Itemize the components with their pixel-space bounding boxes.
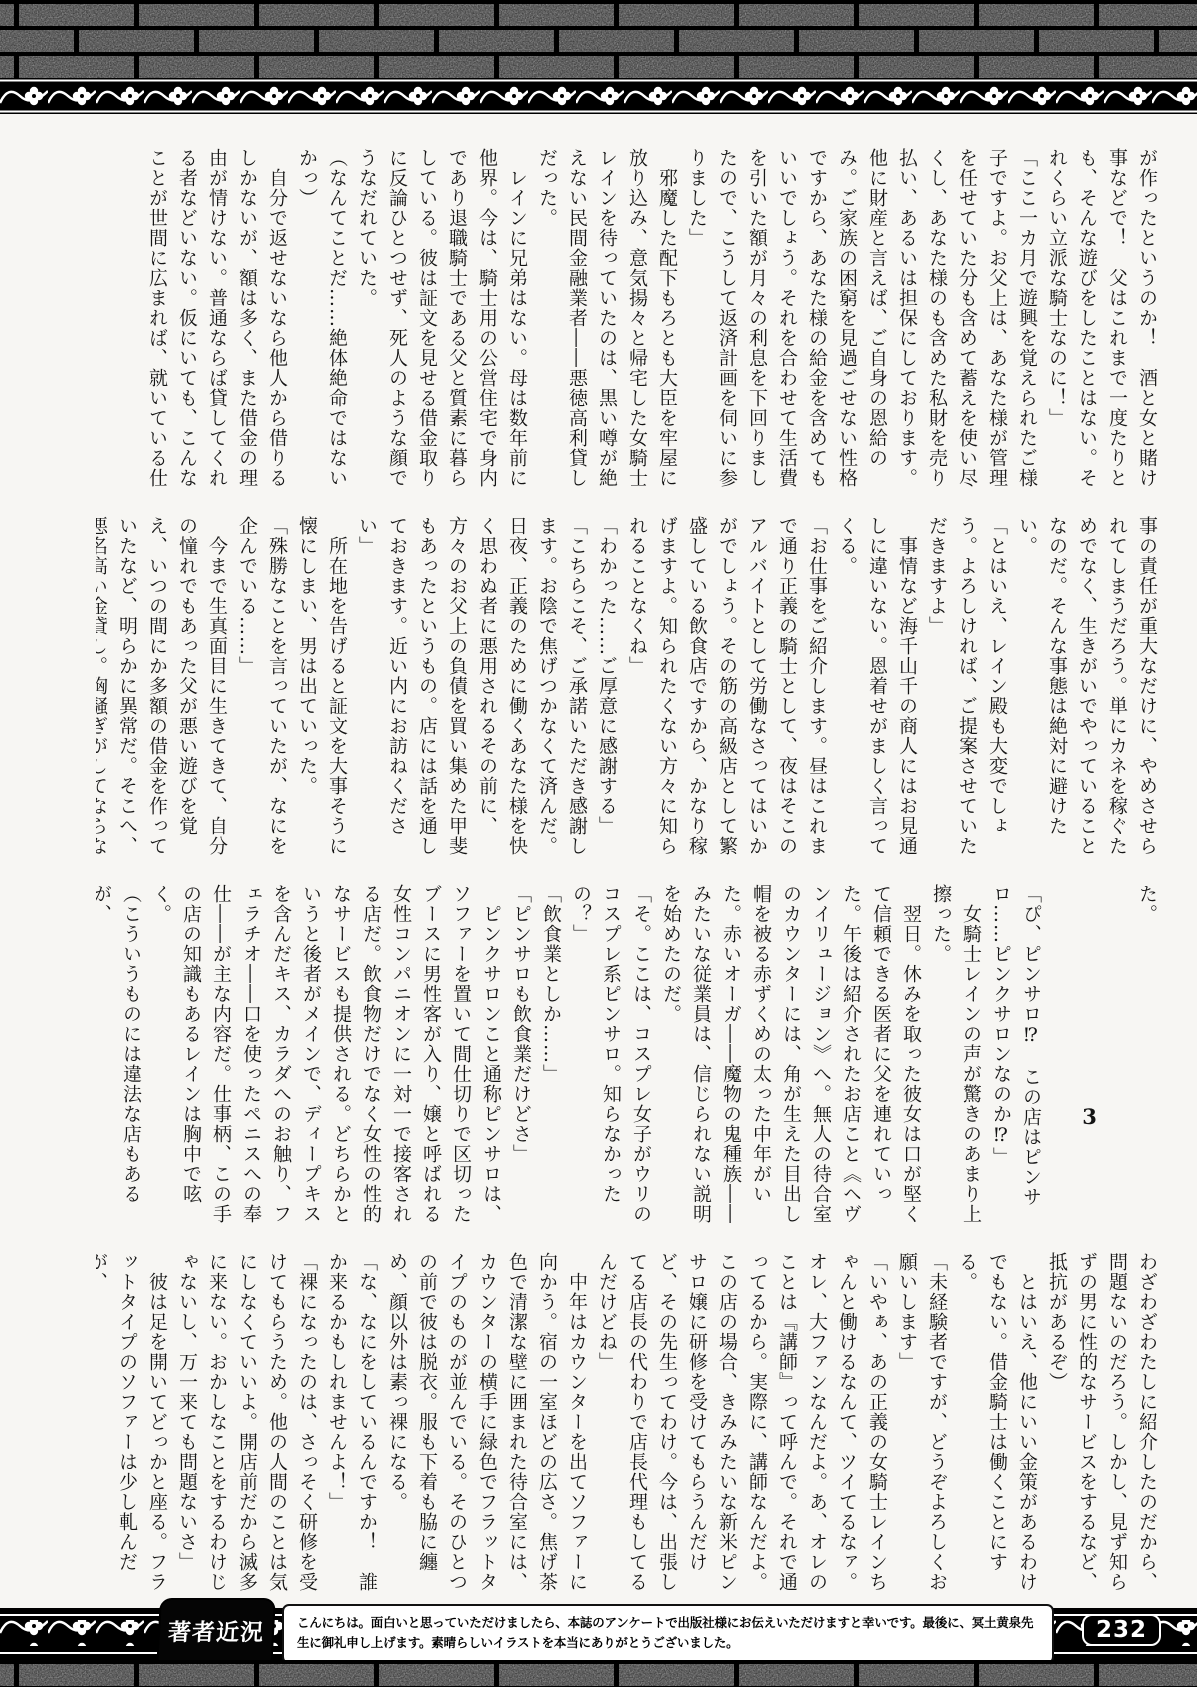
paragraph: 「裸になったのは、さっそく研修を受けてもらうため。他の人間のことは気にしなくてい… — [172, 1252, 322, 1592]
brick-texture-bottom — [0, 1660, 1197, 1687]
paragraph: 翌日。休みを取った彼女は口が堅くて信頼できる医者に父を連れていった。午後は紹介さ… — [656, 884, 926, 1224]
paragraph: 中年はカウンターを出てソファーに向かう。宿の一室ほどの広さ。焦げ茶色で清潔な壁に… — [382, 1252, 592, 1592]
paragraph: 自分で返せないなら他人から借りるしかないが、額は多く、また借金の理由が情けない。… — [142, 148, 292, 488]
paragraph: 「とはいえ、レイン殿も大変でしょう。よろしければ、ご提案させていただきますよ」 — [922, 516, 1012, 856]
text-band-3: た。 3 「ぴ、ピンサロ⁉ この店はピンサロ……ピンクサロンなのか⁉」 女騎士レ… — [96, 884, 1162, 1224]
text-band-2: 事の責任が重大なだけに、やめさせられてしまうだろう。単にカネを稼ぐためでなく、生… — [96, 516, 1162, 856]
paragraph: 「な、なにをしているんですか！ 誰か来るかもしれませんよ！」 — [322, 1252, 382, 1592]
paragraph: 「いやぁ、あの正義の女騎士レインちゃんと働けるなんて、ツイてるなァ。オレ、大ファ… — [592, 1252, 892, 1592]
paragraph: 彼は足を開いてどっかと座る。フラットタイプのソファーは少し軋んだが、 — [96, 1252, 172, 1592]
paragraph: レインに兄弟はない。母は数年前に他界。今は、騎士用の公営住宅で身内であり退職騎士… — [352, 148, 532, 488]
page-number: 232 — [1082, 1614, 1161, 1646]
paragraph: ピンクサロンこと通称ピンサロは、ソファーを置いて間仕切りで区切ったブースに男性客… — [146, 884, 506, 1224]
paragraph: 「お仕事をご紹介します。昼はこれまで通り正義の騎士として、夜はそこのアルバイトと… — [622, 516, 832, 856]
paragraph: 事の責任が重大なだけに、やめさせられてしまうだろう。単にカネを稼ぐためでなく、生… — [1012, 516, 1162, 856]
author-news-message: こんにちは。面白いと思っていただけましたら、本誌のアンケートで出版社様にお伝えい… — [282, 1604, 1054, 1664]
paragraph: （なんてことだ……絶体絶命ではないかっ） — [292, 148, 352, 488]
paragraph: 「飲食業としか……」 — [536, 884, 566, 1224]
floral-border-top — [0, 78, 1197, 114]
paragraph: 「そ。ここは、コスプレ女子がウリのコスプレ系ピンサロ。知らなかったの？」 — [566, 884, 656, 1224]
footer-band: 著者近況 こんにちは。面白いと思っていただけましたら、本誌のアンケートで出版社様… — [0, 1608, 1197, 1660]
paragraph: 事情など海千山千の商人にはお見通しに違いない。恩着せがましく言ってくる。 — [832, 516, 922, 856]
paragraph: （こういうものには違法な店もあるが、 — [96, 884, 146, 1224]
paragraph: 今まで生真面目に生きてきて、自分の憧れでもあった父が悪い遊びを覚え、いつの間にか… — [96, 516, 232, 856]
text-band-1: が作ったというのか！ 酒と女と賭け事などで！ 父はこれまで一度たりとも、そんな遊… — [96, 148, 1162, 488]
scanned-novel-page: { "page": { "number": "232", "section_nu… — [0, 0, 1197, 1687]
text-band-4: わざわざわたしに紹介したのだから、問題ないのだろう。しかし、見ず知らずの男に性的… — [96, 1252, 1162, 1592]
paragraph: わざわざわたしに紹介したのだから、問題ないのだろう。しかし、見ず知らずの男に性的… — [1042, 1252, 1162, 1592]
paragraph: 邪魔した配下もろとも大臣を牢屋に放り込み、意気揚々と帰宅した女騎士レインを待って… — [532, 148, 682, 488]
page-content: が作ったというのか！ 酒と女と賭け事などで！ 父はこれまで一度たりとも、そんな遊… — [96, 118, 1162, 1610]
paragraph: 「ぴ、ピンサロ⁉ この店はピンサロ……ピンクサロンなのか⁉」 — [986, 884, 1046, 1224]
paragraph: が作ったというのか！ 酒と女と賭け事などで！ 父はこれまで一度たりとも、そんな遊… — [1042, 148, 1162, 488]
brick-texture-top — [0, 0, 1197, 78]
paragraph: 「こちらこそ、ご承諾いただき感謝します。お陰で焦げつかなくて済んだ。日夜、正義の… — [352, 516, 592, 856]
paragraph: 女騎士レインの声が驚きのあまり上擦った。 — [926, 884, 986, 1224]
section-number: 3 — [1074, 884, 1104, 1224]
paragraph: 「ここ一カ月で遊興を覚えられたご様子ですよ。お父上は、あなた様が管理を任せていた… — [682, 148, 1042, 488]
author-news-label: 著者近況 — [158, 1600, 274, 1668]
paragraph: とはいえ、他にいい金策があるわけでもない。借金騎士は働くことにする。 — [952, 1252, 1042, 1592]
paragraph: 所在地を告げると証文を大事そうに懐にしまい、男は出ていった。 — [292, 516, 352, 856]
paragraph: 「ピンサロも飲食業だけどさ」 — [506, 884, 536, 1224]
paragraph: 「わかった……ご厚意に感謝する」 — [592, 516, 622, 856]
paragraph: た。 — [1132, 884, 1162, 1224]
paragraph: 「未経験者ですが、どうぞよろしくお願いします」 — [892, 1252, 952, 1592]
paragraph: 「殊勝なことを言っていたが、なにを企んでいる……」 — [232, 516, 292, 856]
